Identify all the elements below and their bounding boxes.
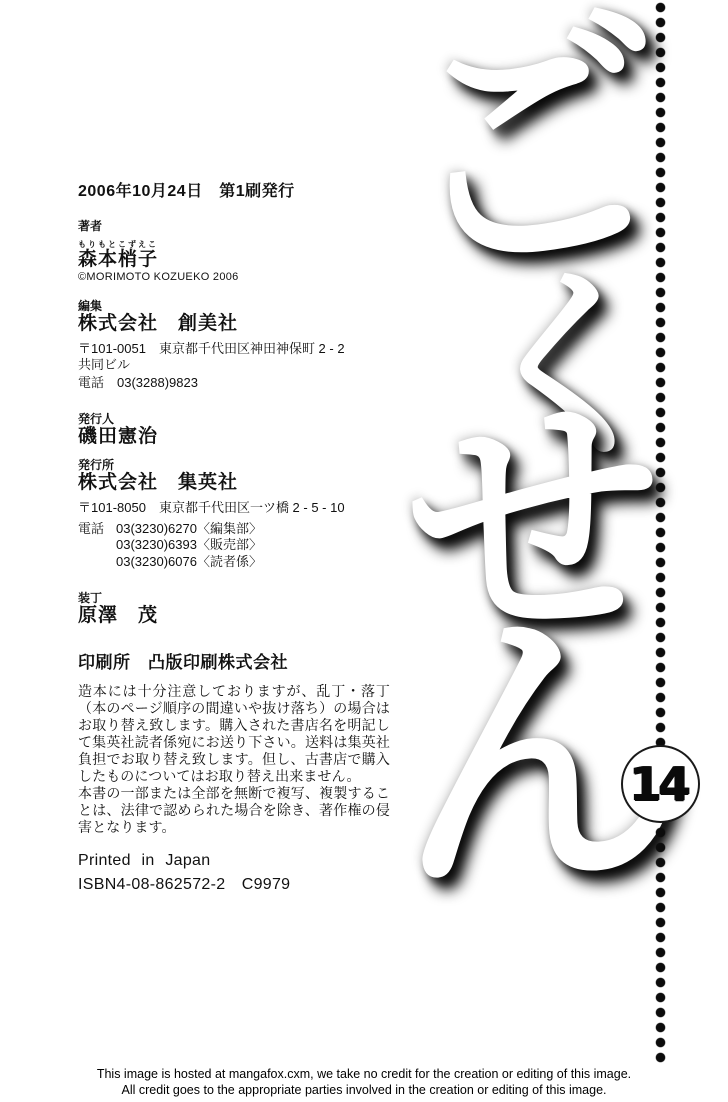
printer-line: 印刷所 凸版印刷株式会社 bbox=[78, 648, 390, 673]
publisher-phone-readers: 03(3230)6076〈読者係〉 bbox=[116, 554, 262, 571]
colophon-column: 2006年10月24日 第1刷発行 著者 もりもとこずえこ 森本梢子 ©MORI… bbox=[78, 178, 390, 894]
dotted-divider-line bbox=[654, 0, 667, 1066]
publisher-person-label: 発行人 bbox=[78, 410, 390, 427]
publisher-phone-label: 電話 bbox=[78, 521, 104, 571]
author-label: 著者 bbox=[78, 217, 390, 234]
publisher-phone-sales: 03(3230)6393〈販売部〉 bbox=[116, 537, 262, 554]
publisher-label: 発行所 bbox=[78, 456, 390, 473]
designer-name: 原澤 茂 bbox=[78, 606, 390, 626]
publisher-postal-address: 〒101-8050 東京都千代田区一ツ橋 2 - 5 - 10 bbox=[78, 500, 390, 516]
editor-label: 編集 bbox=[78, 297, 390, 314]
publisher-person-name: 磯田憲治 bbox=[78, 427, 390, 447]
replacement-notice: 造本には十分注意しておりますが、乱丁・落丁（本のページ順序の間違いや抜け落ち）の… bbox=[78, 683, 390, 785]
author-name: 森本梢子 bbox=[78, 250, 390, 270]
editor-building: 共同ビル bbox=[78, 357, 390, 373]
printed-in-japan: Printed in Japan bbox=[78, 852, 390, 870]
publisher-name: 株式会社 集英社 bbox=[78, 473, 390, 493]
volume-number: 14 bbox=[629, 757, 687, 811]
design-label: 装丁 bbox=[78, 589, 390, 606]
hosting-disclaimer: This image is hosted at mangafox.cxm, we… bbox=[0, 1066, 728, 1098]
copyright-notice: 本書の一部または全部を無断で複写、複製することは、法律で認められた場合を除き、著… bbox=[78, 785, 390, 836]
print-date-line: 2006年10月24日 第1刷発行 bbox=[78, 178, 390, 201]
copyright-line: ©MORIMOTO KOZUEKO 2006 bbox=[78, 271, 390, 283]
publisher-phone-list: 03(3230)6270〈編集部〉 03(3230)6393〈販売部〉 03(3… bbox=[116, 521, 262, 571]
editor-name: 株式会社 創美社 bbox=[78, 314, 390, 334]
publisher-phone-block: 電話 03(3230)6270〈編集部〉 03(3230)6393〈販売部〉 0… bbox=[78, 521, 390, 571]
hosting-disclaimer-line2: All credit goes to the appropriate parti… bbox=[0, 1082, 728, 1098]
volume-badge: 14 bbox=[621, 745, 700, 823]
publisher-phone-editorial: 03(3230)6270〈編集部〉 bbox=[116, 521, 262, 538]
editor-phone: 電話 03(3288)9823 bbox=[78, 375, 390, 391]
isbn-line: ISBN4-08-862572-2 C9979 bbox=[78, 871, 390, 894]
editor-postal-address: 〒101-0051 東京都千代田区神田神保町 2 - 2 bbox=[78, 341, 390, 357]
colophon-page: ご く せ ん 14 2006年10月24日 第1刷発行 著者 もりもとこずえこ… bbox=[0, 0, 728, 1102]
hosting-disclaimer-line1: This image is hosted at mangafox.cxm, we… bbox=[0, 1066, 728, 1082]
